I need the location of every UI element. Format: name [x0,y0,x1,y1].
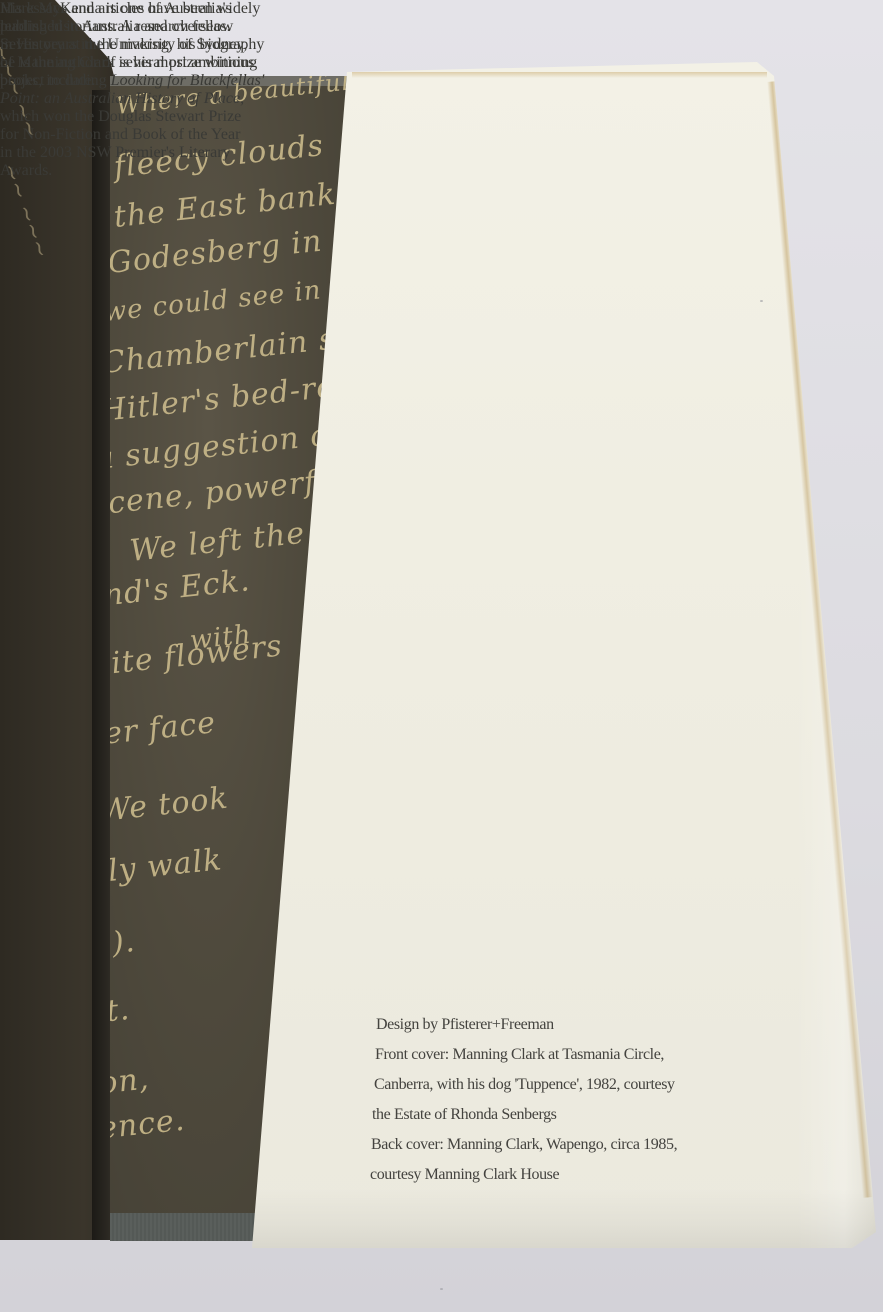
bio-line: for Non-Fiction and Book of the Year [0,126,264,144]
handwriting-line: Roland's Eck. [110,563,252,621]
handwriting-line: position, [110,1061,151,1110]
credit-line: courtesy Manning Clark House [370,1160,677,1190]
handwriting-line: to pay!). [110,924,137,973]
credit-line: Design by Pfisterer+Freeman [376,1010,677,1040]
bio-line: Awards. [0,162,264,180]
bio-line: published in Australia and overseas. [0,18,264,36]
bio-line: which won the Douglas Stewart Prize [0,108,264,126]
handwriting-line: her white flowers [110,628,284,692]
handwriting-line: We left the [128,516,307,569]
bio-line: project to date. [0,72,264,90]
bio-line: Point: an Australian History of Place, [0,90,264,108]
bio-line-suffix: , [240,90,244,107]
handwriting-line: We took [110,781,230,829]
handwriting-line: Godesberg in [110,224,324,281]
credit-line: Canberra, with his dog 'Tuppence', 1982,… [374,1070,677,1100]
top-edge-stain [352,72,767,78]
bio-line: in the 2003 NSW Premier's Literary [0,144,264,162]
handwriting-line: probably walk [110,842,224,901]
book-title-italic: Point: an Australian History of Place [0,90,240,107]
design-and-photo-credits: Design by Pfisterer+Freeman Front cover:… [370,1010,677,1190]
right-fold-highlight [796,62,876,1248]
bottom-fold-shadow [252,1188,876,1248]
credit-line: Back cover: Manning Clark, Wapengo, circ… [371,1130,677,1160]
handwriting-line: from her face [110,705,218,763]
credit-line: Front cover: Manning Clark at Tasmania C… [375,1040,677,1070]
handwriting-line: we could see in [110,275,323,328]
surface-speck [440,1288,443,1290]
bio-line: His essays and articles have been widely [0,0,264,18]
handwriting-line: twilight. [110,992,132,1041]
author-bio-paragraph-2: His essays and articles have been widely… [0,0,264,90]
surface-speck [760,300,763,302]
bio-line: of Manning Clark is his most ambitious [0,54,264,72]
credit-line: the Estate of Rhonda Senbergs [372,1100,677,1130]
bio-line: Seven years in the making, his biography [0,36,264,54]
handwriting-line: turbulence. [110,1103,187,1157]
